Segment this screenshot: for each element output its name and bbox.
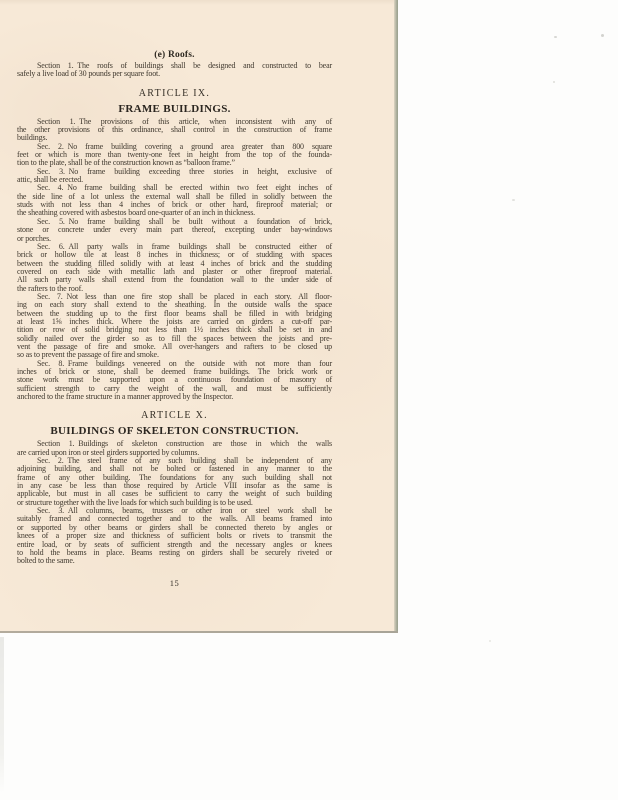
- page-number: 15: [17, 579, 332, 587]
- roofs-heading: (e) Roofs.: [17, 50, 332, 60]
- roofs-section-1: Section 1. The roofs of buildings shall …: [17, 62, 332, 79]
- frame-section-3: Sec. 3. No frame building exceeding thre…: [17, 168, 332, 185]
- paragraph-line: the other provisions of this ordinance, …: [17, 126, 332, 134]
- page-content: (e) Roofs.Section 1. The roofs of buildi…: [17, 50, 332, 587]
- paragraph-line: anchored to the frame structure in a man…: [17, 393, 332, 401]
- skeleton-section-3: Sec. 3. All columns, beams, trusses or o…: [17, 507, 332, 565]
- dust-speck: [601, 34, 604, 37]
- paragraph-line: safely a live load of 30 pounds per squa…: [17, 70, 332, 78]
- scan-background: (e) Roofs.Section 1. The roofs of buildi…: [0, 0, 618, 800]
- frame-section-5: Sec. 5. No frame building shall be built…: [17, 218, 332, 243]
- dust-speck: [489, 640, 491, 642]
- article-ix-heading: ARTICLE IX.: [17, 88, 332, 99]
- frame-section-2: Sec. 2. No frame building covering a gro…: [17, 143, 332, 168]
- article-x-heading: ARTICLE X.: [17, 410, 332, 421]
- skeleton-section-2: Sec. 2. The steel frame of any such buil…: [17, 457, 332, 507]
- underlying-page-edge: [0, 637, 4, 793]
- frame-section-1: Section 1. The provisions of this articl…: [17, 118, 332, 143]
- frame-buildings-heading: FRAME BUILDINGS.: [17, 103, 332, 115]
- page-bottom-edge: [0, 631, 398, 633]
- frame-section-4: Sec. 4. No frame building shall be erect…: [17, 184, 332, 217]
- skeleton-construction-heading: BUILDINGS OF SKELETON CONSTRUCTION.: [17, 425, 332, 437]
- page-right-edge: [394, 0, 398, 633]
- dust-speck: [553, 81, 555, 83]
- paragraph-line: stone or concrete under every main part …: [17, 226, 332, 234]
- frame-section-6: Sec. 6. All party walls in frame buildin…: [17, 243, 332, 293]
- scanned-page: (e) Roofs.Section 1. The roofs of buildi…: [0, 0, 394, 631]
- frame-section-8: Sec. 8. Frame buildings veneered on the …: [17, 360, 332, 402]
- skeleton-section-1: Section 1. Buildings of skeleton constru…: [17, 440, 332, 457]
- dust-speck: [512, 199, 515, 201]
- frame-section-7: Sec. 7. Not less than one fire stop shal…: [17, 293, 332, 360]
- paragraph-line: bolted to the same.: [17, 557, 332, 565]
- dust-speck: [554, 36, 557, 38]
